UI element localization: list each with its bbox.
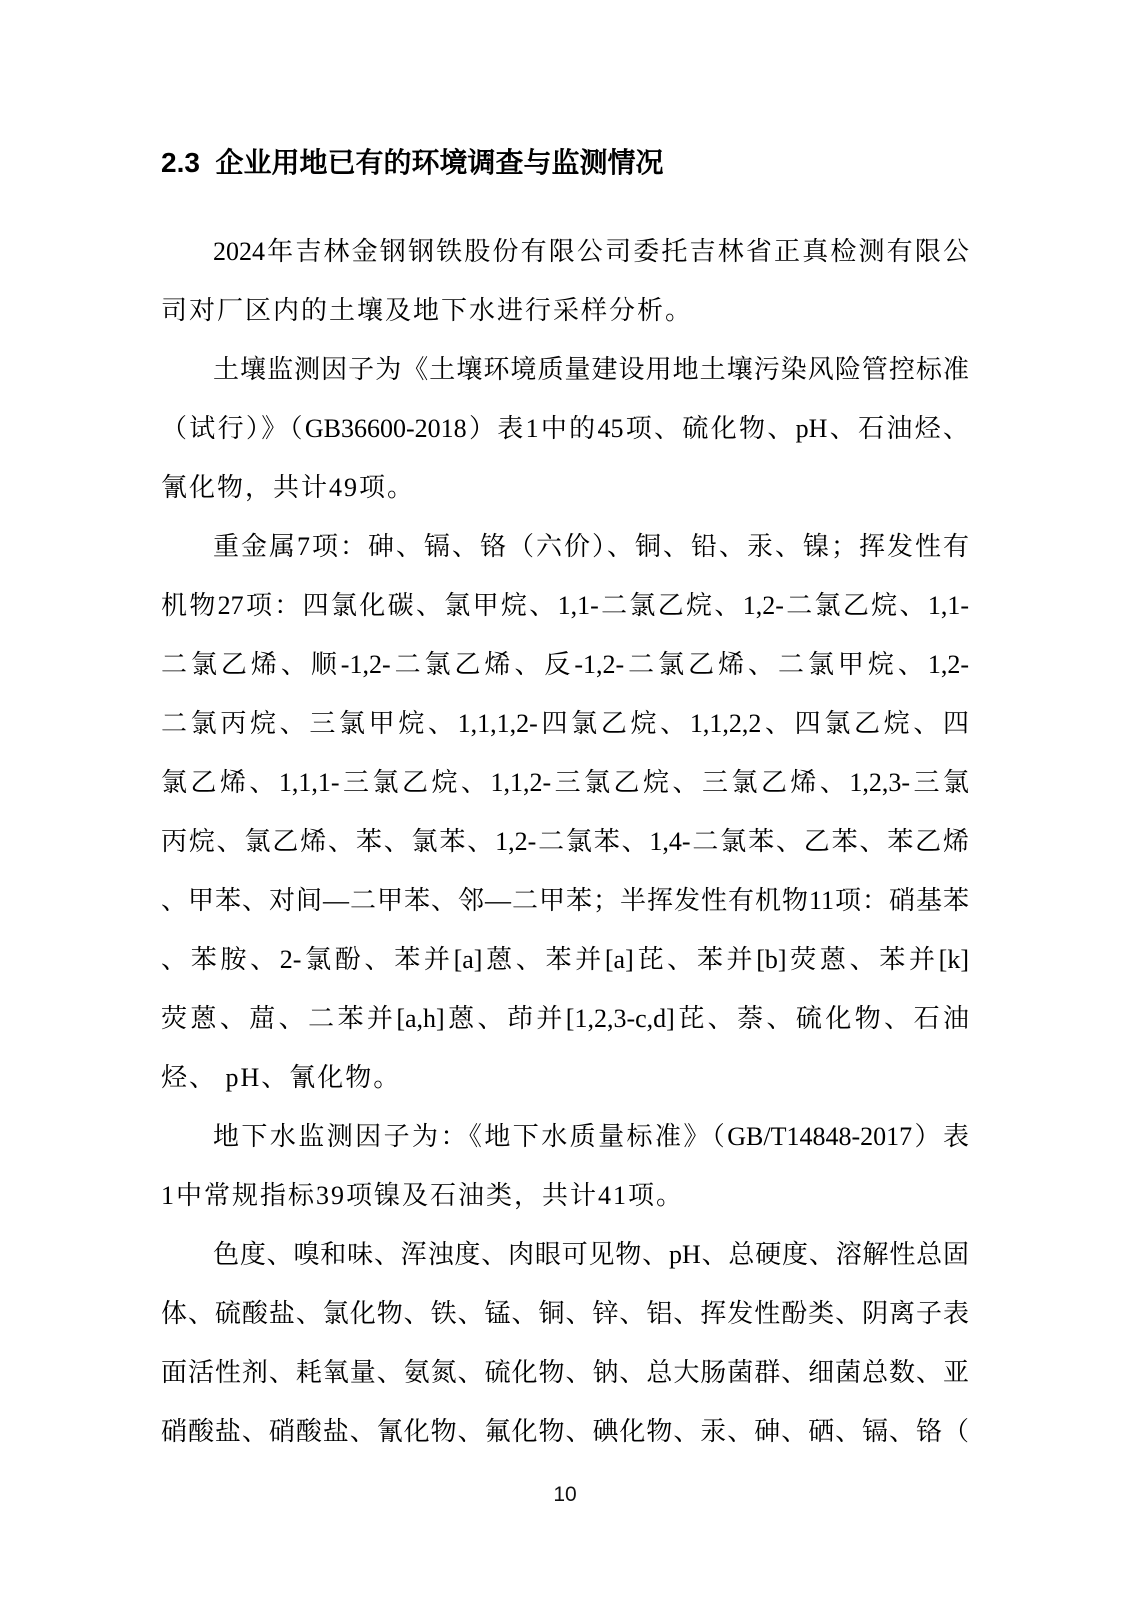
- body-line: 地下水监测因子为：《地下水质量标准》（GB/T14848-2017）表: [161, 1107, 969, 1166]
- body-line: 土壤监测因子为《土壤环境质量建设用地土壤污染风险管控标准: [161, 340, 969, 399]
- section-heading: 2.3 企业用地已有的环境调查与监测情况: [161, 144, 971, 182]
- body-text: 2024年吉林金钢钢铁股份有限公司委托吉林省正真检测有限公司对厂区内的土壤及地下…: [161, 222, 969, 1461]
- body-line: 氰化物，共计49项。: [161, 458, 969, 517]
- body-line: （试行）》（GB36600-2018）表1中的45项、硫化物、pH、石油烃、: [161, 399, 969, 458]
- body-line: 司对厂区内的土壤及地下水进行采样分析。: [161, 281, 969, 340]
- body-line: 体、硫酸盐、氯化物、铁、锰、铜、锌、铝、挥发性酚类、阴离子表: [161, 1284, 969, 1343]
- body-line: 荧蒽、䓛、二苯并[a,h]蒽、茚并[1,2,3-c,d]芘、萘、硫化物、石油: [161, 989, 969, 1048]
- body-line: 1中常规指标39项镍及石油类，共计41项。: [161, 1166, 969, 1225]
- body-line: 丙烷、氯乙烯、苯、氯苯、1,2-二氯苯、1,4-二氯苯、乙苯、苯乙烯: [161, 812, 969, 871]
- body-line: 烃、 pH、氰化物。: [161, 1048, 969, 1107]
- body-line: 机物27项：四氯化碳、氯甲烷、1,1-二氯乙烷、1,2-二氯乙烷、1,1-: [161, 576, 969, 635]
- body-line: 面活性剂、耗氧量、氨氮、硫化物、钠、总大肠菌群、细菌总数、亚: [161, 1343, 969, 1402]
- body-line: 色度、嗅和味、浑浊度、肉眼可见物、pH、总硬度、溶解性总固: [161, 1225, 969, 1284]
- body-line: 重金属7项：砷、镉、铬（六价）、铜、铅、汞、镍；挥发性有: [161, 517, 969, 576]
- body-line: 硝酸盐、硝酸盐、氰化物、氟化物、碘化物、汞、砷、硒、镉、铬（: [161, 1402, 969, 1461]
- body-line: 二氯丙烷、三氯甲烷、1,1,1,2-四氯乙烷、1,1,2,2、四氯乙烷、四: [161, 694, 969, 753]
- body-line: 、苯胺、2-氯酚、苯并[a]蒽、苯并[a]芘、苯并[b]荧蒽、苯并[k]: [161, 930, 969, 989]
- body-line: 、甲苯、对间—二甲苯、邻—二甲苯；半挥发性有机物11项：硝基苯: [161, 871, 969, 930]
- body-line: 氯乙烯、1,1,1-三氯乙烷、1,1,2-三氯乙烷、三氯乙烯、1,2,3-三氯: [161, 753, 969, 812]
- body-line: 2024年吉林金钢钢铁股份有限公司委托吉林省正真检测有限公: [161, 222, 969, 281]
- page-number: 10: [161, 1482, 969, 1508]
- body-line: 二氯乙烯、顺-1,2-二氯乙烯、反-1,2-二氯乙烯、二氯甲烷、1,2-: [161, 635, 969, 694]
- document-page: 2.3 企业用地已有的环境调查与监测情况 2024年吉林金钢钢铁股份有限公司委托…: [0, 0, 1131, 1600]
